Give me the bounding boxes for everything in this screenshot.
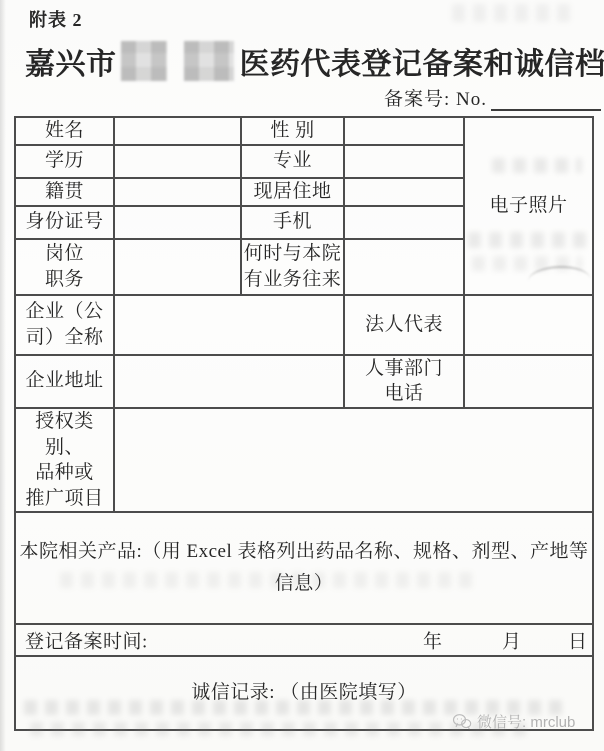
hr-phone-label: 人事部门 电话: [344, 355, 464, 408]
registration-time-cell: 登记备案时间: 年 月 日: [15, 624, 593, 656]
registration-form-table: 姓名 性 别 电子照片 学历 专业 籍贯 现居住地 身份证号 手机 岗位 职务: [14, 116, 594, 731]
table-row: 本院相关产品:（用 Excel 表格列出药品名称、规格、剂型、产地等信息）: [15, 512, 593, 624]
hr-phone-value-cell: [464, 355, 593, 408]
form-title: 嘉兴市 医药代表登记备案和诚信档案: [25, 39, 604, 83]
registration-time-label: 登记备案时间:: [25, 627, 148, 654]
wechat-icon: [452, 713, 472, 730]
id-number-value-cell: [114, 206, 241, 239]
wechat-watermark: 微信号: mrclub: [452, 711, 575, 732]
scanned-form-page: 附表 2 嘉兴市 医药代表登记备案和诚信档案 备案号: No. 姓名 性 别 电…: [0, 0, 604, 751]
company-name-value-cell: [114, 295, 344, 355]
id-number-label: 身份证号: [15, 206, 114, 239]
company-address-value-cell: [114, 355, 344, 408]
education-value-cell: [114, 145, 241, 178]
position-value-cell: [114, 239, 241, 295]
day-label: 日: [568, 627, 588, 654]
title-prefix: 嘉兴市: [25, 39, 117, 83]
native-place-value-cell: [114, 178, 241, 206]
company-name-label: 企业（公 司）全称: [15, 295, 114, 355]
bleed-through-artifact: [468, 232, 586, 248]
record-number-label: 备案号: No.: [384, 84, 487, 111]
legal-rep-label: 法人代表: [344, 295, 464, 355]
business-relation-value-cell: [344, 239, 464, 295]
bleed-through-artifact: [492, 158, 582, 173]
month-label: 月: [502, 627, 522, 654]
related-products-cell: 本院相关产品:（用 Excel 表格列出药品名称、规格、剂型、产地等信息）: [15, 512, 593, 624]
record-number-line: 备案号: No.: [384, 84, 601, 111]
scan-edge-shadow: [0, 0, 6, 751]
position-label: 岗位 职务: [15, 239, 114, 295]
native-place-label: 籍贯: [15, 178, 114, 206]
bleed-through-artifact: [60, 572, 480, 588]
education-label: 学历: [15, 145, 114, 178]
table-row: 企业地址 人事部门 电话: [15, 355, 593, 408]
table-row: 授权类别、 品种或 推广项目: [15, 408, 593, 513]
gender-value-cell: [344, 117, 464, 145]
authorization-value-cell: [114, 408, 593, 513]
table-row: 姓名 性 别 电子照片: [15, 117, 593, 145]
mobile-value-cell: [344, 206, 464, 239]
appendix-label: 附表 2: [29, 6, 83, 32]
authorization-label: 授权类别、 品种或 推广项目: [15, 408, 114, 513]
table-row: 企业（公 司）全称 法人代表: [15, 295, 593, 355]
gender-label: 性 别: [241, 117, 344, 145]
bleed-through-artifact: [452, 4, 572, 22]
record-number-blank-underline: [491, 91, 601, 111]
name-label: 姓名: [15, 117, 114, 145]
major-label: 专业: [241, 145, 344, 178]
residence-value-cell: [344, 178, 464, 206]
year-label: 年: [423, 627, 443, 654]
major-value-cell: [344, 145, 464, 178]
mobile-label: 手机: [241, 206, 344, 239]
name-value-cell: [114, 117, 241, 145]
legal-rep-value-cell: [464, 295, 593, 355]
business-relation-label: 何时与本院 有业务往来: [241, 239, 344, 295]
company-address-label: 企业地址: [15, 355, 114, 408]
wechat-watermark-text: 微信号: mrclub: [477, 711, 575, 732]
table-row: 登记备案时间: 年 月 日: [15, 624, 593, 656]
residence-label: 现居住地: [241, 178, 344, 206]
title-suffix: 医药代表登记备案和诚信档案: [240, 39, 604, 83]
redacted-mosaic-block: [121, 41, 167, 81]
redacted-mosaic-block: [184, 41, 234, 81]
